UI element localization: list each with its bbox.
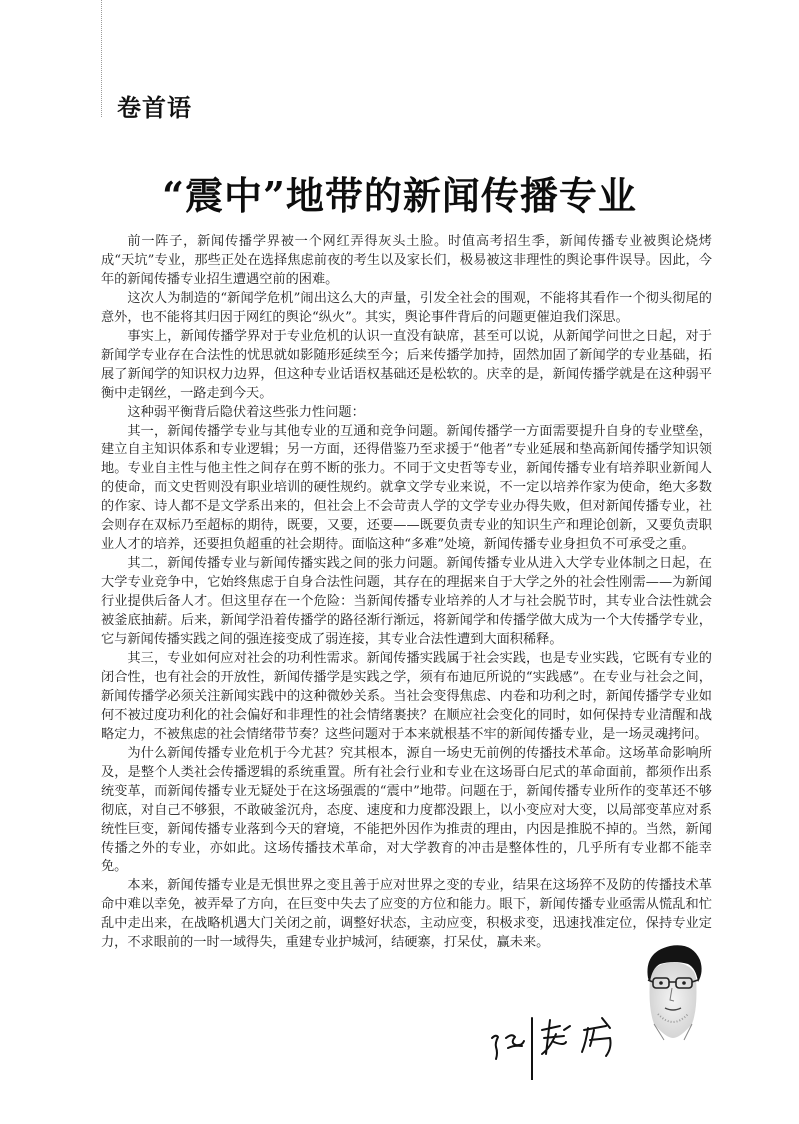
paragraph: 其二，新闻传播专业与新闻传播实践之间的张力问题。新闻传播专业从进入大学专业体制之… (101, 555, 712, 650)
paragraph: 这次人为制造的“新闻学危机”闹出这么大的声量，引发全社会的围观，不能将其看作一个… (101, 290, 712, 328)
paragraph: 事实上，新闻传播学界对于专业危机的认识一直没有缺席，甚至可以说，从新闻学问世之日… (101, 328, 712, 404)
margin-dotted-rule (101, 0, 102, 117)
article-body: 前一阵子，新闻传播学界被一个网红弄得灰头土脸。时值高考招生季，新闻传播专业被舆论… (101, 233, 712, 953)
paragraph: 前一阵子，新闻传播学界被一个网红弄得灰头土脸。时值高考招生季，新闻传播专业被舆论… (101, 233, 712, 290)
paragraph: 其一，新闻传播学专业与其他专业的互通和竞争问题。新闻传播学一方面需要提升自身的专… (101, 423, 712, 556)
author-portrait (640, 938, 706, 1042)
paragraph: 为什么新闻传播专业危机于今尤甚？究其根本，源自一场史无前例的传播技术革命。这场革… (101, 745, 712, 878)
article-title: “震中”地带的新闻传播专业 (0, 165, 799, 220)
author-signature (484, 990, 644, 1080)
paragraph: 其三，专业如何应对社会的功利性需求。新闻传播实践属于社会实践，也是专业实践，它既… (101, 650, 712, 745)
paragraph: 这种弱平衡背后隐伏着这些张力性问题： (101, 404, 712, 423)
section-label: 卷首语 (117, 88, 192, 123)
paragraph: 本来，新闻传播专业是无惧世界之变且善于应对世界之变的专业，结果在这场猝不及防的传… (101, 877, 712, 953)
